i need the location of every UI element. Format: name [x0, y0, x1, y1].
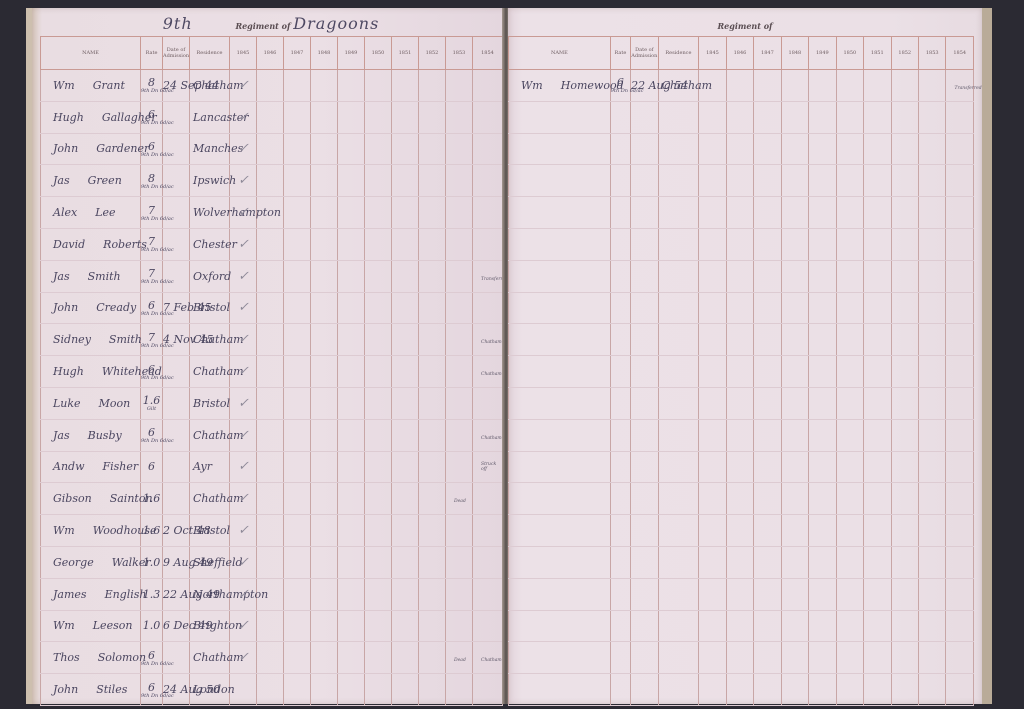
empty-cell: [754, 515, 781, 547]
empty-cell: [864, 578, 891, 610]
empty-cell: [919, 356, 946, 388]
year-cell-1850: [836, 70, 863, 102]
year-cell-1849: [338, 387, 365, 419]
rate-cell: 1.6: [141, 483, 163, 515]
year-cell-1849: [338, 197, 365, 229]
residence-cell: Lancaster: [190, 101, 230, 133]
empty-cell: [509, 515, 611, 547]
year-cell-1853: [446, 70, 473, 102]
empty-cell: [754, 197, 781, 229]
annotation-1854: Chatham: [481, 340, 502, 345]
annotation-1854: Chatham: [481, 436, 502, 441]
empty-cell: [836, 578, 863, 610]
year-cell-1850: [365, 451, 392, 483]
column-header-date-of-admission: Date of Admission: [631, 37, 658, 70]
year-cell-1848: [311, 101, 338, 133]
year-cell-1852: [419, 133, 446, 165]
empty-cell: [836, 197, 863, 229]
rate-note: 9th Dn 6d/ac: [141, 312, 162, 317]
empty-cell: [726, 133, 753, 165]
name-cell: JasBusby: [41, 419, 141, 451]
empty-cell: [726, 546, 753, 578]
empty-cell: [631, 451, 658, 483]
residence-cell: Bristol: [190, 387, 230, 419]
year-cell-1851: [392, 483, 419, 515]
year-cell-1853: [446, 260, 473, 292]
name-cell: LukeMoon: [41, 387, 141, 419]
table-row: DavidRoberts79th Dn 6d/acChester✓: [41, 228, 503, 260]
empty-cell: [891, 546, 918, 578]
residence-cell: Sheffield: [190, 546, 230, 578]
year-cell-1852: [419, 260, 446, 292]
year-cell-1845: ✓: [230, 133, 257, 165]
table-row: LukeMoon1.6GiltBristol✓: [41, 387, 503, 419]
first-name: Wm: [521, 79, 543, 92]
last-name: Green: [88, 174, 122, 187]
rate-note: 9th Dn 6d/ac: [141, 153, 162, 158]
year-cell-1850: [365, 356, 392, 388]
year-cell-1851: [392, 674, 419, 706]
year-cell-1853: [446, 324, 473, 356]
empty-cell: [946, 515, 974, 547]
empty-cell: [891, 483, 918, 515]
year-cell-1845: ✓: [230, 324, 257, 356]
empty-cell: [781, 356, 808, 388]
empty-cell: [781, 228, 808, 260]
last-name: Solomon: [98, 651, 146, 664]
year-cell-1847: [284, 578, 311, 610]
empty-cell: [781, 101, 808, 133]
rate-cell: 1.0: [141, 610, 163, 642]
empty-cell: [919, 133, 946, 165]
empty-cell: [946, 260, 974, 292]
empty-cell: [809, 197, 836, 229]
empty-cell: [699, 515, 726, 547]
year-cell-1850: [365, 387, 392, 419]
rate-cell: 1.0: [141, 546, 163, 578]
empty-cell: [946, 101, 974, 133]
date-of-admission-cell: 9 Aug 49: [163, 546, 190, 578]
year-cell-1846: [257, 197, 284, 229]
empty-cell: [809, 356, 836, 388]
year-cell-1845: [230, 674, 257, 706]
year-cell-1853: [919, 70, 946, 102]
year-cell-1853: [446, 101, 473, 133]
year-cell-1849: [338, 419, 365, 451]
year-cell-1853: [446, 674, 473, 706]
empty-cell: [631, 387, 658, 419]
name-cell: GibsonSainton: [41, 483, 141, 515]
empty-cell: [631, 165, 658, 197]
year-cell-1845: ✓: [230, 546, 257, 578]
year-cell-1854: [473, 610, 503, 642]
year-cell-1850: [365, 70, 392, 102]
empty-cell: [864, 642, 891, 674]
empty-cell: [891, 387, 918, 419]
empty-cell: [726, 610, 753, 642]
empty-cell: [891, 101, 918, 133]
year-cell-1846: [257, 642, 284, 674]
checkmark-icon: ✓: [238, 555, 249, 570]
empty-cell: [891, 610, 918, 642]
annotation-1853: Dead: [454, 499, 466, 504]
column-header-1847: 1847: [284, 37, 311, 70]
right-page-header: Regiment of: [508, 14, 982, 33]
date-of-admission-cell: [163, 260, 190, 292]
empty-cell: [781, 197, 808, 229]
year-cell-1848: [311, 228, 338, 260]
year-cell-1846: [257, 451, 284, 483]
column-header-1850: 1850: [365, 37, 392, 70]
checkmark-icon: ✓: [238, 205, 249, 220]
empty-row: [509, 515, 974, 547]
year-cell-1851: [392, 133, 419, 165]
empty-cell: [658, 515, 699, 547]
empty-cell: [631, 260, 658, 292]
empty-cell: [809, 642, 836, 674]
left-ledger-table: NAMERateDate of AdmissionResidence184518…: [40, 36, 503, 706]
empty-cell: [509, 133, 611, 165]
checkmark-icon: ✓: [238, 587, 249, 602]
empty-cell: [781, 133, 808, 165]
empty-cell: [699, 642, 726, 674]
rate-note: 9th Dn 6d/ac: [141, 217, 162, 222]
year-cell-1851: [392, 292, 419, 324]
empty-cell: [726, 356, 753, 388]
empty-cell: [726, 387, 753, 419]
year-cell-1847: [284, 451, 311, 483]
table-row: HughGallagher69th Dn 6d/acLancaster✓: [41, 101, 503, 133]
year-cell-1847: [284, 642, 311, 674]
empty-cell: [781, 674, 808, 706]
year-cell-1847: [284, 70, 311, 102]
empty-cell: [509, 674, 611, 706]
empty-cell: [509, 610, 611, 642]
rate-value: 1.3: [143, 588, 161, 601]
empty-cell: [610, 197, 630, 229]
year-cell-1848: [311, 578, 338, 610]
rate-cell: 69th Dn 6d/ac: [141, 101, 163, 133]
first-name: Wm: [53, 524, 75, 537]
rate-note: 9th Dn 6d/ac: [611, 89, 630, 94]
rate-note: 9th Dn 6d/ac: [141, 662, 162, 667]
empty-cell: [946, 642, 974, 674]
empty-cell: [509, 292, 611, 324]
year-cell-1850: [365, 228, 392, 260]
empty-cell: [699, 260, 726, 292]
empty-cell: [864, 324, 891, 356]
first-name: Sidney: [53, 333, 91, 346]
empty-cell: [699, 451, 726, 483]
right-page: Regiment of NAMERateDate of AdmissionRes…: [508, 8, 992, 704]
empty-row: [509, 228, 974, 260]
empty-cell: [809, 419, 836, 451]
empty-cell: [781, 546, 808, 578]
empty-cell: [754, 578, 781, 610]
year-cell-1845: ✓: [230, 292, 257, 324]
checkmark-icon: ✓: [238, 78, 249, 93]
year-cell-1847: [284, 165, 311, 197]
empty-cell: [610, 515, 630, 547]
empty-cell: [809, 483, 836, 515]
rate-cell: 69th Dn 6d/ac: [141, 133, 163, 165]
date-of-admission-cell: [163, 165, 190, 197]
empty-cell: [946, 451, 974, 483]
checkmark-icon: ✓: [238, 650, 249, 665]
year-cell-1849: [338, 165, 365, 197]
year-cell-1854: [473, 515, 503, 547]
table-row: SidneySmith79th Dn 6d/ac4 Nov 45Chatham✓…: [41, 324, 503, 356]
annotation-1853: Dead: [454, 658, 466, 663]
column-header-1848: 1848: [311, 37, 338, 70]
empty-cell: [864, 228, 891, 260]
rate-note: 9th Dn 6d/ac: [141, 376, 162, 381]
year-cell-1849: [338, 228, 365, 260]
year-cell-1852: [419, 165, 446, 197]
empty-row: [509, 546, 974, 578]
rate-cell: 69th Dn 6d/ac: [141, 356, 163, 388]
year-cell-1850: [365, 324, 392, 356]
empty-cell: [754, 260, 781, 292]
empty-cell: [658, 260, 699, 292]
name-cell: JohnCready: [41, 292, 141, 324]
rate-cell: 79th Dn 6d/ac: [141, 197, 163, 229]
year-cell-1854: [473, 133, 503, 165]
year-cell-1845: ✓: [230, 387, 257, 419]
year-cell-1853: [446, 515, 473, 547]
year-cell-1852: [419, 610, 446, 642]
empty-cell: [919, 578, 946, 610]
year-cell-1852: [419, 292, 446, 324]
empty-cell: [836, 546, 863, 578]
empty-cell: [781, 419, 808, 451]
year-cell-1854: [473, 546, 503, 578]
year-cell-1852: [419, 419, 446, 451]
first-name: Jas: [53, 270, 70, 283]
year-cell-1847: [284, 324, 311, 356]
empty-cell: [891, 197, 918, 229]
first-name: Luke: [53, 397, 81, 410]
empty-cell: [781, 483, 808, 515]
first-name: David: [53, 238, 85, 251]
year-cell-1854: [473, 197, 503, 229]
empty-cell: [699, 133, 726, 165]
rate-value: 8: [148, 172, 155, 185]
rate-value: 1.6: [143, 492, 161, 505]
year-cell-1848: [311, 70, 338, 102]
left-table-body: WmGrant89th Dn 6d/ac24 Sep 44Chatham✓Hug…: [41, 70, 503, 706]
first-name: George: [53, 556, 94, 569]
checkmark-icon: ✓: [238, 491, 249, 506]
empty-cell: [699, 165, 726, 197]
year-cell-1847: [284, 674, 311, 706]
empty-cell: [754, 228, 781, 260]
empty-cell: [754, 165, 781, 197]
empty-cell: [864, 546, 891, 578]
name-cell: JohnGardener: [41, 133, 141, 165]
empty-cell: [509, 228, 611, 260]
year-cell-1845: ✓: [230, 578, 257, 610]
year-cell-1846: [257, 260, 284, 292]
empty-cell: [836, 515, 863, 547]
residence-cell: Chatham: [658, 70, 699, 102]
empty-cell: [836, 165, 863, 197]
rate-value: 6: [148, 649, 155, 662]
empty-cell: [658, 228, 699, 260]
column-header-1845: 1845: [699, 37, 726, 70]
year-cell-1853: [446, 451, 473, 483]
empty-cell: [509, 419, 611, 451]
year-cell-1854: Struck off: [473, 451, 503, 483]
rate-cell: 69th Dn 6d/ac: [141, 674, 163, 706]
table-row: JasSmith79th Dn 6d/acOxford✓Transferred: [41, 260, 503, 292]
empty-cell: [658, 483, 699, 515]
first-name: Gibson: [53, 492, 92, 505]
column-header-1851: 1851: [392, 37, 419, 70]
empty-cell: [919, 419, 946, 451]
name-cell: AlexLee: [41, 197, 141, 229]
empty-cell: [610, 292, 630, 324]
empty-cell: [754, 387, 781, 419]
last-name: Leeson: [93, 619, 133, 632]
empty-cell: [726, 483, 753, 515]
date-of-admission-cell: [163, 387, 190, 419]
year-cell-1849: [809, 70, 836, 102]
year-cell-1847: [284, 197, 311, 229]
year-cell-1845: ✓: [230, 451, 257, 483]
residence-cell: Oxford: [190, 260, 230, 292]
year-cell-1846: [257, 610, 284, 642]
year-cell-1850: [365, 578, 392, 610]
empty-cell: [809, 260, 836, 292]
empty-cell: [509, 451, 611, 483]
year-cell-1848: [311, 674, 338, 706]
year-cell-1847: [284, 101, 311, 133]
rate-cell: 79th Dn 6d/ac: [141, 260, 163, 292]
empty-cell: [754, 292, 781, 324]
regiment-label: Regiment of: [235, 21, 290, 31]
empty-cell: [891, 419, 918, 451]
empty-row: [509, 419, 974, 451]
year-cell-1847: [284, 292, 311, 324]
year-cell-1845: ✓: [230, 101, 257, 133]
date-of-admission-cell: [163, 356, 190, 388]
empty-cell: [864, 260, 891, 292]
empty-cell: [610, 483, 630, 515]
open-ledger-book: 9th Regiment of Dragoons NAMERateDate of…: [26, 8, 992, 704]
year-cell-1848: [781, 70, 808, 102]
annotation-1854: Chatham: [481, 658, 502, 663]
year-cell-1849: [338, 546, 365, 578]
empty-cell: [864, 292, 891, 324]
year-cell-1848: [311, 165, 338, 197]
empty-row: [509, 356, 974, 388]
empty-cell: [631, 483, 658, 515]
column-header-1846: 1846: [726, 37, 753, 70]
table-row: AlexLee79th Dn 6d/acWolverhampton✓: [41, 197, 503, 229]
left-header-row: NAMERateDate of AdmissionResidence184518…: [41, 37, 503, 70]
year-cell-1850: [365, 292, 392, 324]
right-header-row: NAMERateDate of AdmissionResidence184518…: [509, 37, 974, 70]
last-name: Stiles: [96, 683, 127, 696]
year-cell-1849: [338, 642, 365, 674]
empty-cell: [726, 642, 753, 674]
regiment-number: 9th: [163, 14, 193, 33]
rate-cell: 1.3: [141, 578, 163, 610]
year-cell-1847: [284, 546, 311, 578]
empty-cell: [864, 674, 891, 706]
empty-row: [509, 292, 974, 324]
empty-cell: [658, 610, 699, 642]
year-cell-1848: [311, 515, 338, 547]
empty-cell: [836, 610, 863, 642]
year-cell-1851: [392, 578, 419, 610]
column-header-1853: 1853: [919, 37, 946, 70]
empty-cell: [699, 674, 726, 706]
year-cell-1851: [392, 228, 419, 260]
regiment-name: Dragoons: [293, 14, 379, 33]
year-cell-1846: [257, 165, 284, 197]
empty-cell: [919, 515, 946, 547]
empty-cell: [919, 228, 946, 260]
residence-cell: Manches: [190, 133, 230, 165]
empty-cell: [946, 578, 974, 610]
empty-cell: [726, 101, 753, 133]
empty-cell: [699, 101, 726, 133]
empty-cell: [946, 610, 974, 642]
last-name: Lee: [95, 206, 115, 219]
year-cell-1849: [338, 133, 365, 165]
name-cell: HughWhitehead: [41, 356, 141, 388]
empty-cell: [754, 133, 781, 165]
empty-cell: [809, 610, 836, 642]
first-name: Andw: [53, 460, 85, 473]
date-of-admission-cell: 6 Dec 49: [163, 610, 190, 642]
checkmark-icon: ✓: [238, 110, 249, 125]
empty-cell: [509, 578, 611, 610]
year-cell-1847: [754, 70, 781, 102]
empty-cell: [919, 324, 946, 356]
rate-note: 9th Dn 6d/ac: [141, 694, 162, 699]
year-cell-1850: [365, 101, 392, 133]
year-cell-1849: [338, 292, 365, 324]
rate-value: 7: [148, 204, 155, 217]
year-cell-1852: [419, 674, 446, 706]
year-cell-1854: [473, 165, 503, 197]
empty-cell: [699, 419, 726, 451]
year-cell-1847: [284, 419, 311, 451]
empty-cell: [726, 451, 753, 483]
residence-cell: Chatham: [190, 642, 230, 674]
last-name: Cready: [96, 301, 136, 314]
checkmark-icon: ✓: [238, 428, 249, 443]
empty-cell: [509, 324, 611, 356]
empty-cell: [610, 674, 630, 706]
year-cell-1854: Chatham: [473, 324, 503, 356]
empty-cell: [726, 228, 753, 260]
empty-cell: [610, 133, 630, 165]
empty-cell: [658, 578, 699, 610]
empty-cell: [509, 197, 611, 229]
empty-cell: [864, 515, 891, 547]
empty-cell: [781, 515, 808, 547]
table-row: JamesEnglish1.322 Aug 49Northampton✓: [41, 578, 503, 610]
empty-cell: [610, 260, 630, 292]
year-cell-1854: [473, 483, 503, 515]
year-cell-1849: [338, 101, 365, 133]
year-cell-1848: [311, 483, 338, 515]
empty-cell: [610, 165, 630, 197]
